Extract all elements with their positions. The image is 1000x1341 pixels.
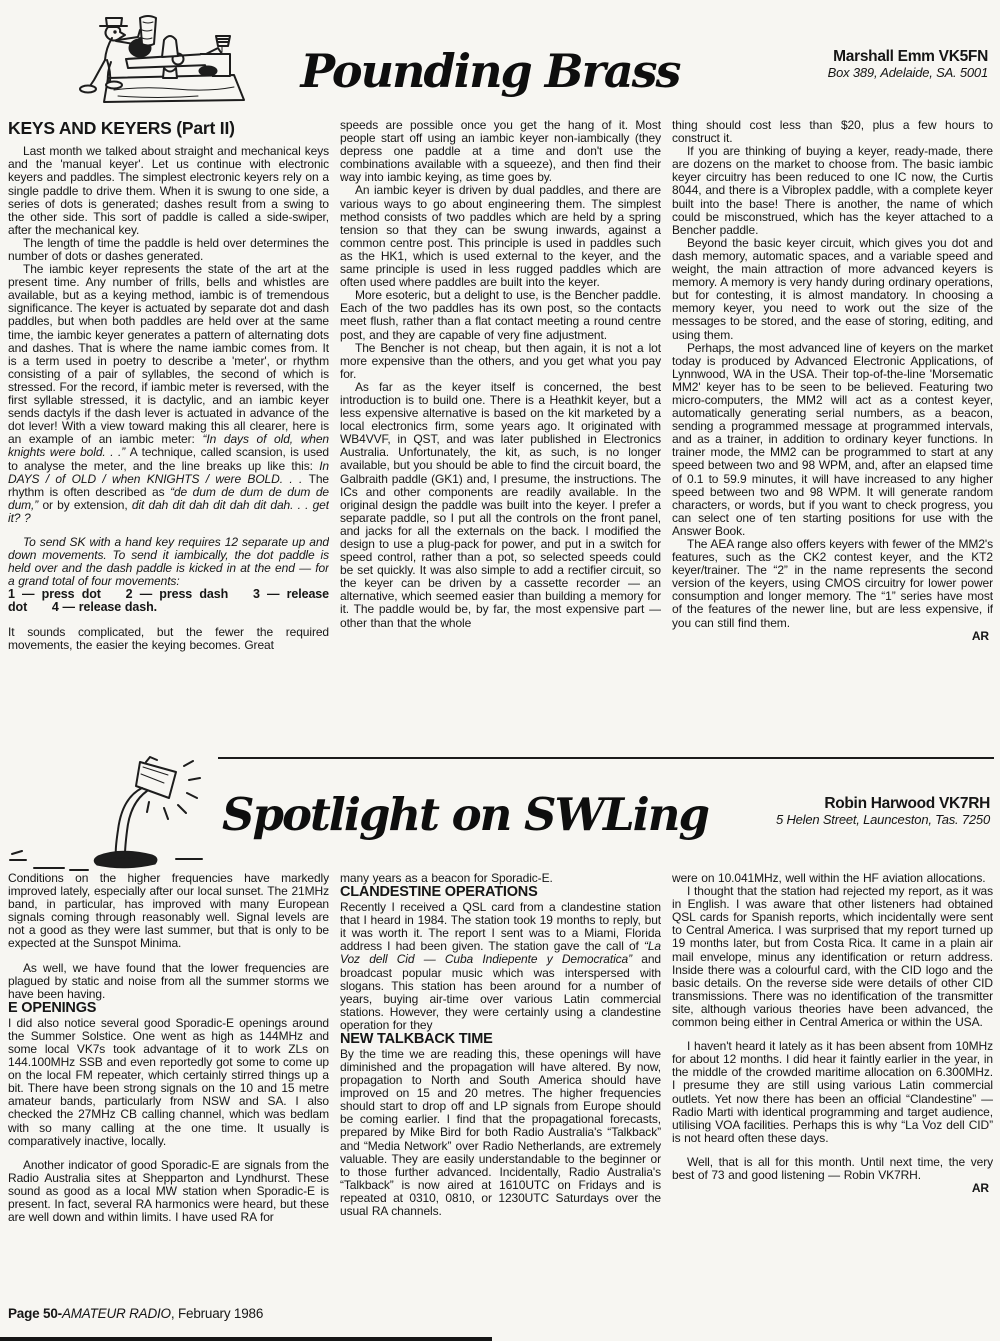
paragraph: Last month we talked about straight and … — [8, 145, 329, 237]
section-heading: NEW TALKBACK TIME — [340, 1032, 661, 1048]
bottom-edge-rule — [0, 1337, 492, 1341]
section-heading: E OPENINGS — [8, 1001, 329, 1017]
paragraph: The iambic keyer represents the state of… — [8, 263, 329, 525]
paragraph: Beyond the basic keyer circuit, which gi… — [672, 237, 993, 342]
paragraph: Another indicator of good Sporadic-E are… — [8, 1159, 329, 1224]
footer-magazine-title: AMATEUR RADIO — [62, 1306, 171, 1321]
desk-lamp-drawing — [6, 756, 218, 872]
page-footer: Page 50-AMATEUR RADIO, February 1986 — [8, 1306, 263, 1321]
paragraph: The Bencher is not cheap, but then again… — [340, 342, 661, 381]
section-heading: KEYS AND KEYERS (Part II) — [8, 119, 329, 138]
text-run: Conditions on the higher frequencies hav… — [8, 872, 329, 950]
paragraph: thing should cost less than $20, plus a … — [672, 119, 993, 145]
paragraph: The length of time the paddle is held ov… — [8, 237, 329, 263]
text-run: As well, we have found that the lower fr… — [8, 961, 329, 1001]
article-divider-rule — [218, 757, 994, 759]
text-column: speeds are possible once you get the han… — [340, 119, 661, 759]
author-name: Robin Harwood VK7RH — [776, 795, 990, 813]
paragraph: More esoteric, but a delight to use, is … — [340, 289, 661, 341]
morse-key-drawing — [48, 6, 258, 108]
footer-page-label: Page 50- — [8, 1306, 62, 1321]
paragraph: By the time we are reading this, these o… — [340, 1048, 661, 1218]
byline-pounding-brass: Marshall Emm VK5FN Box 389, Adelaide, SA… — [828, 48, 988, 81]
article-pounding-brass-body: KEYS AND KEYERS (Part II)Last month we t… — [8, 119, 994, 759]
text-run: speeds are possible once you get the han… — [340, 119, 661, 184]
text-run: many years as a beacon for Sporadic-E. — [340, 872, 553, 885]
text-run: To send SK with a hand key requires 12 s… — [8, 535, 329, 588]
author-name: Marshall Emm VK5FN — [828, 48, 988, 66]
text-run: As far as the keyer itself is concerned,… — [340, 380, 661, 630]
paragraph: Well, that is all for this month. Until … — [672, 1156, 993, 1182]
text-run: were on 10.041MHz, well within the HF av… — [672, 872, 985, 885]
section-heading: CLANDESTINE OPERATIONS — [340, 885, 661, 901]
text-run: By the time we are reading this, these o… — [340, 1047, 661, 1218]
text-run: thing should cost less than $20, plus a … — [672, 119, 993, 145]
paragraph: 1 — press dot 2 — press dash 3 — release… — [8, 588, 329, 614]
text-run: I thought that the station had rejected … — [672, 884, 993, 1029]
text-run: 1 — press dot 2 — press dash 3 — release… — [8, 587, 329, 614]
text-run: Well, that is all for this month. Until … — [672, 1155, 993, 1182]
paragraph: Conditions on the higher frequencies hav… — [8, 872, 329, 951]
text-run: Recently I received a QSL card from a cl… — [340, 900, 661, 953]
article-title-spotlight-on-swling: Spotlight on SWLing — [222, 788, 682, 841]
paragraph: Perhaps, the most advanced line of keyer… — [672, 342, 993, 538]
text-run: AR — [972, 1181, 989, 1195]
byline-spotlight-on-swling: Robin Harwood VK7RH 5 Helen Street, Laun… — [776, 795, 990, 828]
paragraph: As well, we have found that the lower fr… — [8, 962, 329, 1001]
author-address: 5 Helen Street, Launceston, Tas. 7250 — [776, 813, 990, 828]
paragraph: AR — [672, 630, 993, 643]
paragraph: As far as the keyer itself is concerned,… — [340, 381, 661, 630]
text-column: many years as a beacon for Sporadic-E.CL… — [340, 872, 661, 1304]
article-spotlight-on-swling-body: Conditions on the higher frequencies hav… — [8, 872, 994, 1304]
paragraph: AR — [672, 1182, 993, 1195]
desk-lamp-illustration — [6, 756, 218, 872]
paragraph: It sounds complicated, but the fewer the… — [8, 626, 329, 652]
paragraph: If you are thinking of buying a keyer, r… — [672, 145, 993, 237]
paragraph: An iambic keyer is driven by dual paddle… — [340, 184, 661, 289]
text-run: The Bencher is not cheap, but then again… — [340, 341, 661, 381]
text-run: The length of time the paddle is held ov… — [8, 236, 329, 263]
text-run: An iambic keyer is driven by dual paddle… — [340, 183, 661, 289]
author-address: Box 389, Adelaide, SA. 5001 — [828, 66, 988, 81]
text-run: I did also notice several good Sporadic-… — [8, 1016, 329, 1148]
text-run: AR — [972, 629, 989, 643]
text-run: More esoteric, but a delight to use, is … — [340, 288, 661, 341]
magazine-page: Pounding Brass Marshall Emm VK5FN Box 38… — [0, 0, 1000, 1341]
paragraph: I haven't heard it lately as it has been… — [672, 1040, 993, 1145]
text-run: Perhaps, the most advanced line of keyer… — [672, 341, 993, 538]
text-column: were on 10.041MHz, well within the HF av… — [672, 872, 993, 1304]
text-run: The AEA range also offers keyers with fe… — [672, 537, 993, 630]
text-column: KEYS AND KEYERS (Part II)Last month we t… — [8, 119, 329, 759]
paragraph: I thought that the station had rejected … — [672, 885, 993, 1029]
paragraph: speeds are possible once you get the han… — [340, 119, 661, 184]
text-run: The iambic keyer represents the state of… — [8, 262, 329, 446]
text-run: It sounds complicated, but the fewer the… — [8, 625, 329, 652]
paragraph: To send SK with a hand key requires 12 s… — [8, 536, 329, 588]
footer-issue-date: , February 1986 — [171, 1306, 263, 1321]
text-column: Conditions on the higher frequencies hav… — [8, 872, 329, 1304]
paragraph: I did also notice several good Sporadic-… — [8, 1017, 329, 1148]
text-run: If you are thinking of buying a keyer, r… — [672, 144, 993, 237]
paragraph: The AEA range also offers keyers with fe… — [672, 538, 993, 630]
text-run: Beyond the basic keyer circuit, which gi… — [672, 236, 993, 342]
text-run: Last month we talked about straight and … — [8, 144, 329, 237]
morse-key-illustration — [48, 6, 258, 108]
text-run: or by extension, — [42, 498, 131, 512]
paragraph: Recently I received a QSL card from a cl… — [340, 901, 661, 1032]
text-run: I haven't heard it lately as it has been… — [672, 1039, 993, 1145]
article-title-pounding-brass: Pounding Brass — [290, 44, 690, 98]
text-column: thing should cost less than $20, plus a … — [672, 119, 993, 759]
text-run: Another indicator of good Sporadic-E are… — [8, 1158, 329, 1224]
